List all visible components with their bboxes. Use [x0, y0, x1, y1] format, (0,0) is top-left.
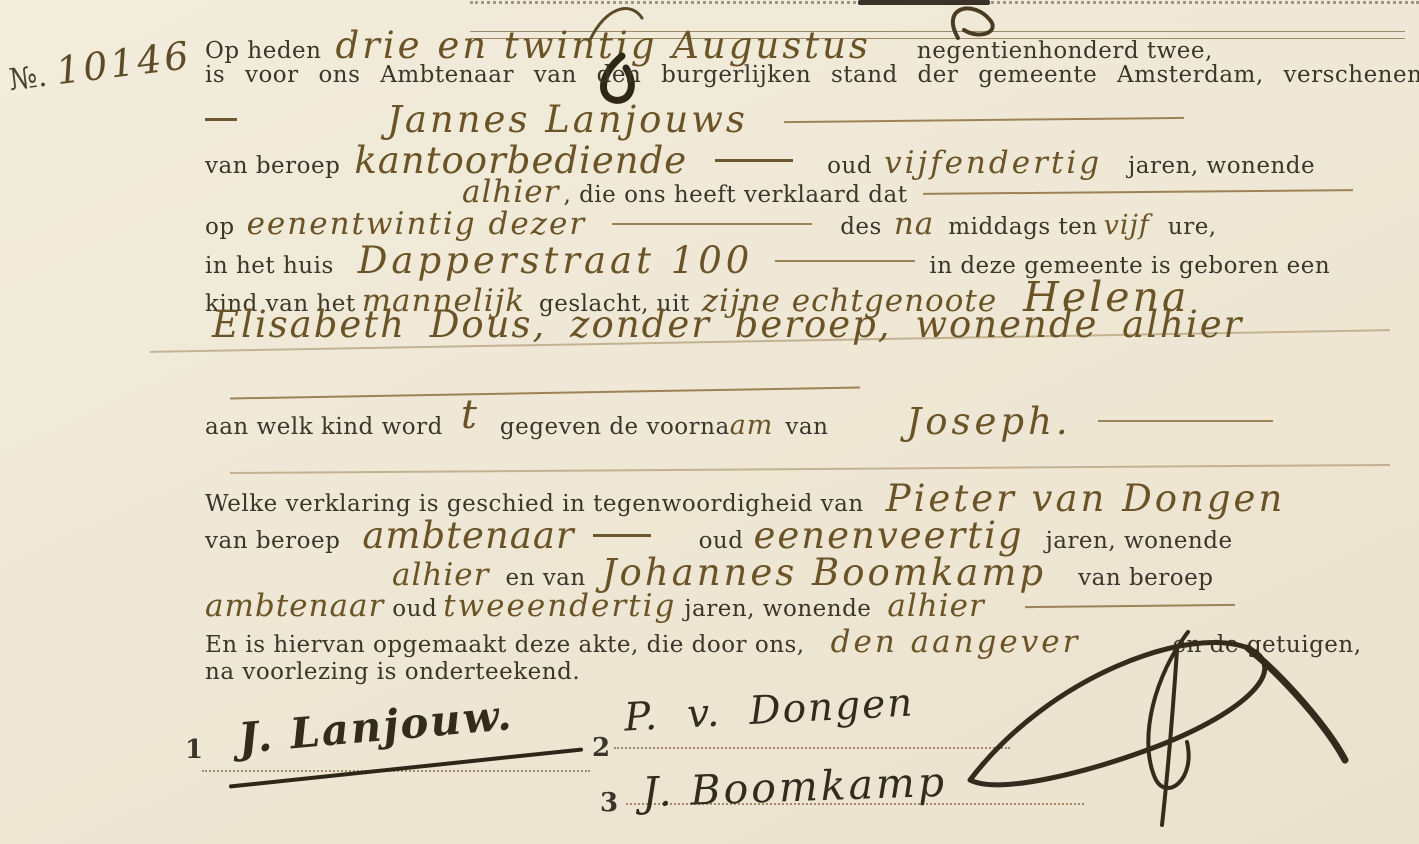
signature-1-name: J. Lanjouw. [236, 690, 515, 763]
hand-child-name: Joseph. [906, 400, 1071, 443]
hand-birth-day: eenentwintig dezer [247, 206, 587, 242]
printed-text: oud [392, 596, 437, 622]
hand-birth-hour: vijf [1104, 210, 1150, 241]
filler-rule [784, 116, 1184, 122]
birth-certificate-document: №. 10146 Op heden drie en twintig August… [0, 0, 1419, 844]
printed-text: , die ons heeft verklaard dat [563, 182, 907, 208]
printed-text: op [205, 214, 235, 240]
signature-1-number: 1 [185, 735, 203, 765]
printed-text: negentienhonderd twee, [917, 38, 1213, 64]
filler-dash [715, 159, 793, 162]
hand-declarant-name: Jannes Lanjouws [387, 98, 748, 141]
signature-2-number: 2 [592, 733, 610, 763]
form-rule [230, 464, 1390, 474]
printed-text: van [785, 414, 828, 440]
filler-dash [593, 534, 651, 537]
filler-rule [1025, 604, 1235, 608]
hand-witness2-occupation: ambtenaar [205, 588, 384, 624]
filler-rule [775, 260, 915, 262]
hand-witness2-residence: alhier [887, 588, 984, 624]
signature-2-name: P. v. Dongen [623, 680, 915, 740]
act-number-label: №. [7, 59, 49, 98]
printed-text: aan welk kind word [205, 414, 443, 440]
printed-text: ure, [1168, 214, 1217, 240]
printed-text: jaren, wonende [684, 596, 871, 622]
printed-text: van beroep [205, 153, 340, 179]
printed-text: des [840, 214, 882, 240]
hand-declarant-residence: alhier [462, 174, 559, 210]
filler-dash [205, 118, 237, 121]
printed-text: Op heden [205, 38, 321, 64]
printed-text: gegeven de voorna [500, 414, 730, 440]
signature-3-name: J. Boomkamp [641, 758, 948, 817]
printed-text: En is hiervan opgemaakt deze akte, die d… [205, 632, 805, 658]
printed-text: middags ten [948, 214, 1097, 240]
printed-text: van beroep [205, 528, 340, 554]
signature-3-number: 3 [600, 788, 618, 818]
printed-text: is voor ons Ambtenaar van den burgerlijk… [205, 62, 1419, 88]
hand-insert-am: am [730, 410, 774, 441]
registrar-signature-flourish [940, 620, 1360, 835]
hand-time-period: na [894, 206, 934, 242]
hand-insert-t: t [461, 392, 478, 438]
hand-mother-name-rest: Elisabeth Dous, zonder beroep, wonende a… [212, 303, 1243, 346]
act-number: №. 10146 [6, 33, 194, 99]
filler-rule [1098, 420, 1273, 422]
filler-rule [612, 223, 812, 225]
hand-witness2-age: tweeendertig [443, 588, 676, 624]
filler-rule [923, 189, 1353, 195]
printed-text: na voorlezing is onderteekend. [205, 659, 580, 685]
act-number-value: 10146 [54, 33, 194, 93]
